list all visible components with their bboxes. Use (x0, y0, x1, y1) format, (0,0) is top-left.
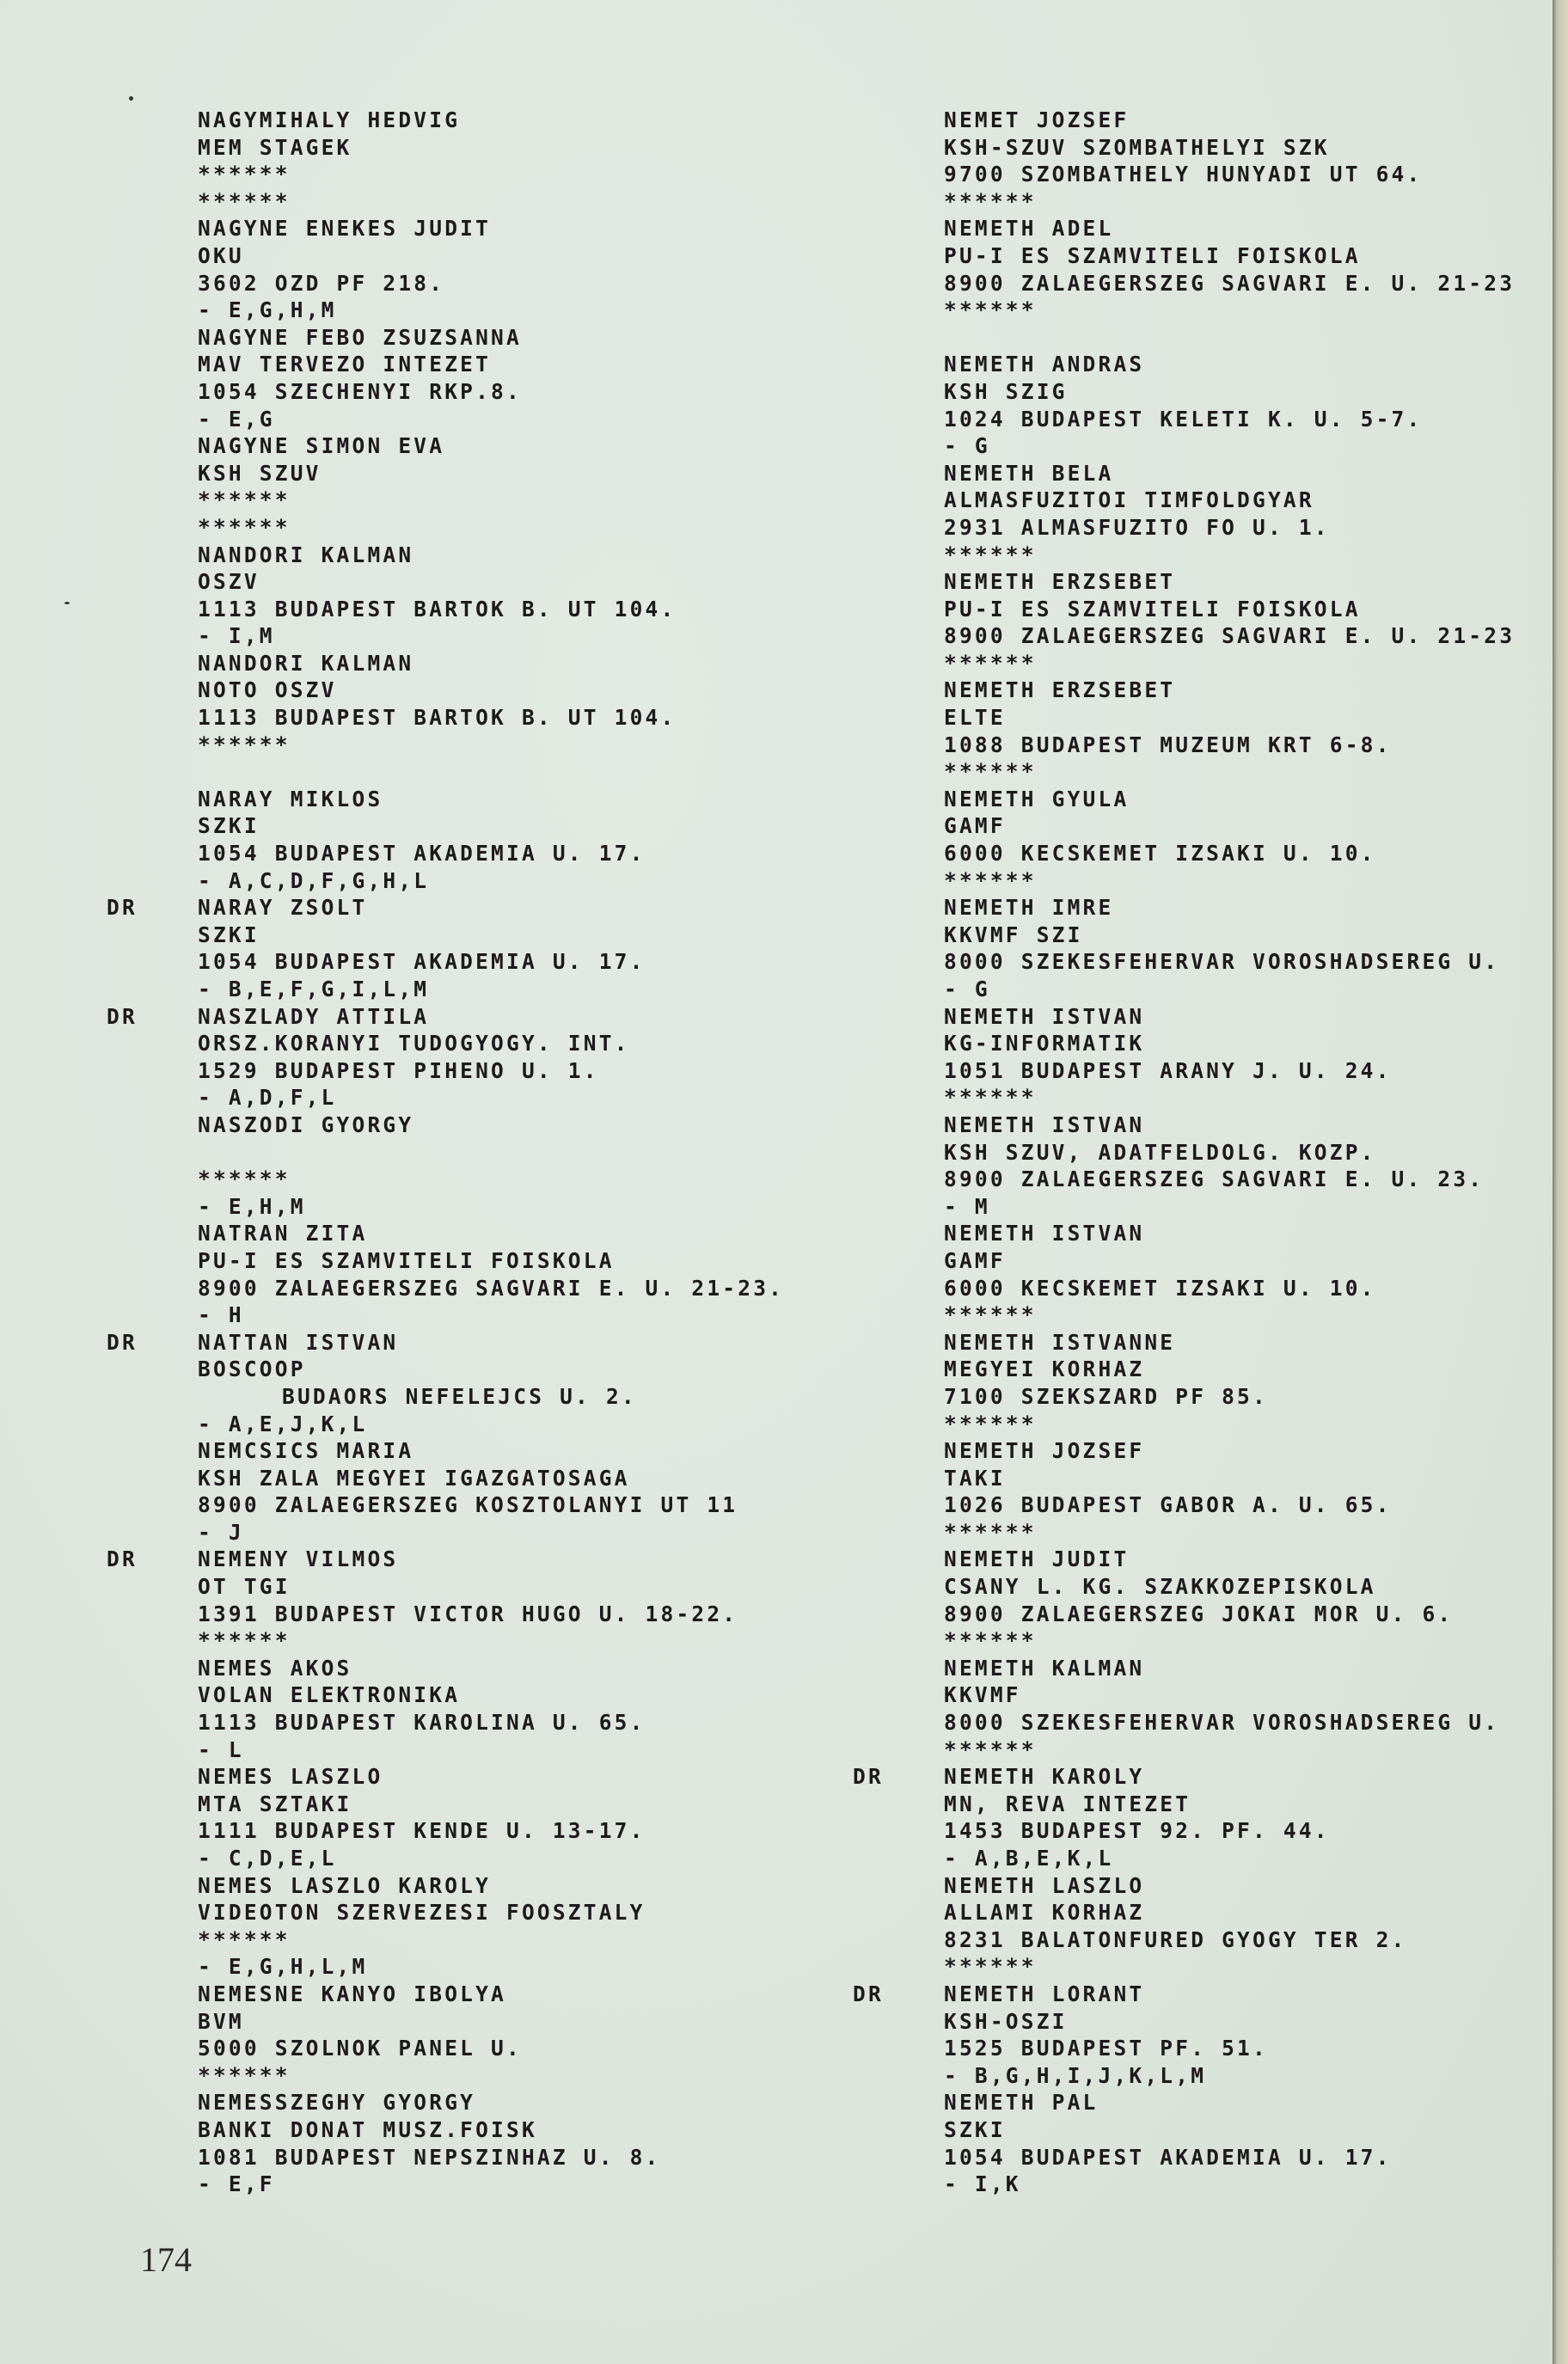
entry-line: KSH-OSZI (944, 2008, 1515, 2036)
line-text: TAKI (944, 1466, 1006, 1491)
line-text: 1054 BUDAPEST AKADEMIA U. 17. (944, 2145, 1392, 2170)
entry-line: NAGYNE SIMON EVA (198, 432, 784, 460)
entry-codes: - E,G,H,M (198, 297, 784, 324)
entry-line: 1024 BUDAPEST KELETI K. U. 5-7. (944, 406, 1515, 433)
entry-line: ALMASFUZITOI TIMFOLDGYAR (944, 487, 1515, 514)
line-text: NEMETH LORANT (944, 1981, 1144, 2006)
entry-separator: ****** (198, 2062, 784, 2090)
line-text: ****** (198, 732, 291, 757)
line-text: NEMESSZEGHY GYORGY (198, 2090, 475, 2115)
entry-separator: ****** (198, 514, 784, 542)
line-text: ****** (198, 487, 291, 512)
line-text: NATTAN ISTVAN (198, 1330, 398, 1355)
entry-codes: - A,B,E,K,L (944, 1845, 1515, 1872)
entry-line: 1088 BUDAPEST MUZEUM KRT 6-8. (944, 732, 1515, 759)
line-text: VIDEOTON SZERVEZESI FOOSZTALY (198, 1900, 646, 1925)
line-text: KKVMF (944, 1682, 1021, 1707)
line-text: ****** (198, 1628, 291, 1653)
entry-line: NEMETH KALMAN (944, 1655, 1515, 1682)
entry-line: ORSZ.KORANYI TUDOGYOGY. INT. (198, 1030, 784, 1057)
entry-line: DRNARAY ZSOLT (198, 894, 784, 922)
entry-line: NEMESNE KANYO IBOLYA (198, 1981, 784, 2008)
line-text: ****** (198, 189, 291, 214)
line-text: 8900 ZALAEGERSZEG KOSZTOLANYI UT 11 (198, 1492, 738, 1517)
entry-line: 9700 SZOMBATHELY HUNYADI UT 64. (944, 161, 1515, 188)
entry-line: 8900 ZALAEGERSZEG SAGVARI E. U. 21-23 (944, 622, 1515, 650)
line-text: 1054 BUDAPEST AKADEMIA U. 17. (198, 841, 646, 866)
entry-line: MTA SZTAKI (198, 1791, 784, 1818)
line-text: ****** (944, 1520, 1037, 1545)
entry-codes: - H (198, 1301, 784, 1329)
line-text: ****** (198, 1167, 291, 1191)
line-text: BUDAORS NEFELEJCS U. 2. (282, 1384, 637, 1409)
line-text: NEMETH ERZSEBET (944, 569, 1175, 594)
line-text: MEM STAGEK (198, 135, 352, 160)
entry-codes: - A,D,F,L (198, 1084, 784, 1112)
line-text: ****** (944, 297, 1037, 322)
entry-line: 8900 ZALAEGERSZEG SAGVARI E. U. 21-23. (198, 1275, 784, 1302)
line-text: NARAY MIKLOS (198, 787, 383, 811)
line-text: NEMETH JUDIT (944, 1546, 1129, 1571)
entry-line: NEMES AKOS (198, 1655, 784, 1682)
line-text: NASZODI GYORGY (198, 1112, 413, 1137)
line-text: KSH SZIG (944, 379, 1068, 404)
line-text: - M (944, 1194, 990, 1219)
line-text: NAGYNE ENEKES JUDIT (198, 216, 491, 241)
entry-line: BVM (198, 2008, 784, 2036)
blank-line (198, 758, 784, 786)
right-column: NEMET JOZSEFKSH-SZUV SZOMBATHELYI SZK970… (944, 107, 1515, 2198)
line-text: ****** (944, 1954, 1037, 1979)
line-text: NARAY ZSOLT (198, 895, 367, 920)
line-text: OSZV (198, 569, 260, 594)
line-text: - J (198, 1520, 244, 1545)
entry-codes: - E,G (198, 406, 784, 433)
line-text: - A,D,F,L (198, 1085, 337, 1110)
entry-line: SZKI (198, 922, 784, 949)
line-text: KG-INFORMATIK (944, 1031, 1144, 1056)
line-text: VOLAN ELEKTRONIKA (198, 1682, 460, 1707)
line-text: ****** (944, 1085, 1037, 1110)
entry-codes: - M (944, 1193, 1515, 1221)
entry-line: 1113 BUDAPEST BARTOK B. UT 104. (198, 704, 784, 732)
line-text: MN, REVA INTEZET (944, 1791, 1191, 1816)
entry-line: MN, REVA INTEZET (944, 1791, 1515, 1818)
line-text: KKVMF SZI (944, 922, 1083, 947)
entry-codes: - G (944, 976, 1515, 1003)
entry-line: NEMETH ISTVAN (944, 1003, 1515, 1031)
entry-line: NEMETH IMRE (944, 894, 1515, 922)
title-prefix: DR (853, 1763, 884, 1791)
line-text: NEMES AKOS (198, 1656, 352, 1681)
entry-line: TAKI (944, 1465, 1515, 1492)
line-text: OKU (198, 243, 244, 268)
entry-line: NATRAN ZITA (198, 1220, 784, 1247)
line-text: NEMESNE KANYO IBOLYA (198, 1981, 506, 2006)
line-text: 6000 KECSKEMET IZSAKI U. 10. (944, 1276, 1376, 1301)
line-text: - B,G,H,I,J,K,L,M (944, 2063, 1206, 2088)
entry-separator: ****** (198, 161, 784, 188)
entry-separator: ****** (944, 1736, 1515, 1764)
entry-line: KSH-SZUV SZOMBATHELYI SZK (944, 134, 1515, 162)
left-column: NAGYMIHALY HEDVIGMEM STAGEK************N… (198, 107, 784, 2198)
entry-line: NEMETH LASZLO (944, 1872, 1515, 1900)
line-text: GAMF (944, 1248, 1006, 1273)
entry-line: NEMESSZEGHY GYORGY (198, 2089, 784, 2116)
entry-line: ELTE (944, 704, 1515, 732)
line-text: - E,G (198, 407, 275, 432)
line-text: NEMETH JOZSEF (944, 1438, 1144, 1463)
line-text: NEMETH ISTVAN (944, 1112, 1144, 1137)
line-text: 1113 BUDAPEST KAROLINA U. 65. (198, 1710, 646, 1735)
entry-line: NOTO OSZV (198, 677, 784, 704)
entry-line: DRNEMETH KAROLY (944, 1763, 1515, 1791)
entry-line: OT TGI (198, 1573, 784, 1601)
line-text: NEMETH PAL (944, 2090, 1099, 2115)
entry-codes: - B,E,F,G,I,L,M (198, 976, 784, 1003)
line-text: 6000 KECSKEMET IZSAKI U. 10. (944, 841, 1376, 866)
line-text: ORSZ.KORANYI TUDOGYOGY. INT. (198, 1031, 630, 1056)
entry-separator: ****** (198, 732, 784, 759)
entry-line: 1054 BUDAPEST AKADEMIA U. 17. (198, 948, 784, 976)
line-text: NEMETH LASZLO (944, 1873, 1144, 1898)
entry-line: KSH SZUV, ADATFELDOLG. KOZP. (944, 1139, 1515, 1167)
entry-codes: - A,C,D,F,G,H,L (198, 867, 784, 895)
line-text: NEMETH GYULA (944, 787, 1129, 811)
entry-separator: ****** (198, 1926, 784, 1954)
entry-codes: - G (944, 432, 1515, 460)
line-text: NEMET JOZSEF (944, 107, 1129, 132)
line-text: MEGYEI KORHAZ (944, 1357, 1144, 1381)
entry-line: SZKI (198, 812, 784, 840)
entry-line: ALLAMI KORHAZ (944, 1899, 1515, 1926)
line-text: ELTE (944, 705, 1006, 730)
line-text: - E,F (198, 2171, 275, 2196)
entry-line: MEGYEI KORHAZ (944, 1356, 1515, 1383)
entry-line: NEMETH JUDIT (944, 1546, 1515, 1573)
entry-line: NEMETH ANDRAS (944, 351, 1515, 378)
entry-separator: ****** (944, 1627, 1515, 1655)
entry-line: 1391 BUDAPEST VICTOR HUGO U. 18-22. (198, 1601, 784, 1628)
line-text: BOSCOOP (198, 1357, 306, 1381)
entry-line: BOSCOOP (198, 1356, 784, 1383)
entry-line: BUDAORS NEFELEJCS U. 2. (198, 1383, 784, 1411)
line-text: - H (198, 1302, 244, 1327)
entry-line: NEMETH ERZSEBET (944, 677, 1515, 704)
line-text: 3602 OZD PF 218. (198, 271, 444, 296)
entry-line: 8000 SZEKESFEHERVAR VOROSHADSEREG U. (944, 1709, 1515, 1736)
line-text: - I,K (944, 2171, 1021, 2196)
entry-line: 8900 ZALAEGERSZEG JOKAI MOR U. 6. (944, 1601, 1515, 1628)
line-text: 1113 BUDAPEST BARTOK B. UT 104. (198, 597, 676, 622)
line-text: ****** (944, 1412, 1037, 1436)
entry-line: 5000 SZOLNOK PANEL U. (198, 2035, 784, 2062)
line-text: PU-I ES SZAMVITELI FOISKOLA (198, 1248, 615, 1273)
entry-line: MEM STAGEK (198, 134, 784, 162)
entry-line: 6000 KECSKEMET IZSAKI U. 10. (944, 840, 1515, 867)
entry-separator: ****** (198, 1627, 784, 1655)
line-text: NASZLADY ATTILA (198, 1004, 429, 1029)
line-text: 8231 BALATONFURED GYOGY TER 2. (944, 1927, 1407, 1952)
line-text: 1525 BUDAPEST PF. 51. (944, 2036, 1268, 2061)
entry-line: 8231 BALATONFURED GYOGY TER 2. (944, 1926, 1515, 1954)
entry-line: 1113 BUDAPEST KAROLINA U. 65. (198, 1709, 784, 1736)
entry-line: NEMETH ADEL (944, 215, 1515, 242)
entry-line: NEMES LASZLO KAROLY (198, 1872, 784, 1900)
entry-line: OSZV (198, 568, 784, 596)
line-text: BVM (198, 2009, 244, 2034)
entry-line: 1111 BUDAPEST KENDE U. 13-17. (198, 1817, 784, 1845)
line-text: MAV TERVEZO INTEZET (198, 352, 491, 377)
line-text: BANKI DONAT MUSZ.FOISK (198, 2117, 537, 2142)
line-text: ****** (944, 868, 1037, 893)
line-text: NATRAN ZITA (198, 1221, 367, 1246)
line-text: SZKI (198, 813, 260, 838)
entry-line: NAGYNE ENEKES JUDIT (198, 215, 784, 242)
line-text: 1024 BUDAPEST KELETI K. U. 5-7. (944, 407, 1422, 432)
line-text: 5000 SZOLNOK PANEL U. (198, 2036, 522, 2061)
entry-codes: - J (198, 1519, 784, 1546)
entry-separator: ****** (944, 1411, 1515, 1438)
line-text: NEMENY VILMOS (198, 1546, 398, 1571)
line-text: ****** (198, 162, 291, 187)
entry-line: 1453 BUDAPEST 92. PF. 44. (944, 1817, 1515, 1845)
line-text: NEMETH KALMAN (944, 1656, 1144, 1681)
line-text: - G (944, 433, 990, 458)
line-text: ALLAMI KORHAZ (944, 1900, 1144, 1925)
entry-line: 1054 BUDAPEST AKADEMIA U. 17. (944, 2144, 1515, 2171)
entry-separator: ****** (198, 487, 784, 514)
line-text: NEMETH ISTVAN (944, 1221, 1144, 1246)
entry-line: DRNATTAN ISTVAN (198, 1329, 784, 1357)
binding-edge (1553, 0, 1568, 2364)
entry-line: KKVMF (944, 1681, 1515, 1709)
blank-line (198, 1139, 784, 1167)
line-text: 1081 BUDAPEST NEPSZINHAZ U. 8. (198, 2145, 661, 2170)
line-text: KSH SZUV (198, 461, 322, 486)
entry-line: NEMETH GYULA (944, 786, 1515, 813)
entry-separator: ****** (944, 188, 1515, 216)
line-text: KSH SZUV, ADATFELDOLG. KOZP. (944, 1140, 1376, 1165)
entry-codes: - E,F (198, 2171, 784, 2198)
line-text: NEMETH BELA (944, 461, 1113, 486)
entry-line: NEMETH BELA (944, 460, 1515, 487)
entry-codes: - C,D,E,L (198, 1845, 784, 1872)
entry-line: 8000 SZEKESFEHERVAR VOROSHADSEREG U. (944, 948, 1515, 976)
line-text: ****** (944, 189, 1037, 214)
line-text: 1391 BUDAPEST VICTOR HUGO U. 18-22. (198, 1602, 738, 1626)
title-prefix: DR (107, 894, 138, 922)
entry-codes: - E,G,H,L,M (198, 1953, 784, 1981)
line-text: - E,H,M (198, 1194, 306, 1219)
entry-line: 1525 BUDAPEST PF. 51. (944, 2035, 1515, 2062)
title-prefix: DR (107, 1003, 138, 1031)
entry-line: NANDORI KALMAN (198, 650, 784, 677)
line-text: PU-I ES SZAMVITELI FOISKOLA (944, 243, 1361, 268)
line-text: ****** (944, 1628, 1037, 1653)
entry-line: DRNEMETH LORANT (944, 1981, 1515, 2008)
entry-line: OKU (198, 242, 784, 270)
entry-line: KSH SZUV (198, 460, 784, 487)
entry-line: NEMETH PAL (944, 2089, 1515, 2116)
line-text: - E,G,H,L,M (198, 1954, 367, 1979)
entry-line: MAV TERVEZO INTEZET (198, 351, 784, 378)
entry-line: NEMETH JOZSEF (944, 1437, 1515, 1465)
line-text: NAGYMIHALY HEDVIG (198, 107, 460, 132)
entry-line: 1026 BUDAPEST GABOR A. U. 65. (944, 1491, 1515, 1519)
line-text: 1026 BUDAPEST GABOR A. U. 65. (944, 1492, 1392, 1517)
line-text: - E,G,H,M (198, 297, 337, 322)
line-text: MTA SZTAKI (198, 1791, 352, 1816)
entry-codes: - I,K (944, 2171, 1515, 2198)
line-text: NEMETH ANDRAS (944, 352, 1144, 377)
entry-line: NEMES LASZLO (198, 1763, 784, 1791)
entry-line: NASZODI GYORGY (198, 1112, 784, 1139)
title-prefix: DR (107, 1546, 138, 1573)
line-text: - G (944, 977, 990, 1001)
entry-line: 1081 BUDAPEST NEPSZINHAZ U. 8. (198, 2144, 784, 2171)
entry-line: NEMETH ISTVAN (944, 1220, 1515, 1247)
title-prefix: DR (107, 1329, 138, 1357)
line-text: ****** (944, 1737, 1037, 1762)
entry-line: PU-I ES SZAMVITELI FOISKOLA (944, 242, 1515, 270)
entry-line: 2931 ALMASFUZITO FO U. 1. (944, 514, 1515, 542)
line-text: 1051 BUDAPEST ARANY J. U. 24. (944, 1058, 1392, 1083)
line-text: NEMES LASZLO KAROLY (198, 1873, 491, 1898)
entry-line: BANKI DONAT MUSZ.FOISK (198, 2116, 784, 2144)
line-text: 2931 ALMASFUZITO FO U. 1. (944, 515, 1330, 540)
entry-line: CSANY L. KG. SZAKKOZEPISKOLA (944, 1573, 1515, 1601)
line-text: NEMETH ERZSEBET (944, 677, 1175, 702)
line-text: 8000 SZEKESFEHERVAR VOROSHADSEREG U. (944, 949, 1499, 974)
entry-line: KSH ZALA MEGYEI IGAZGATOSAGA (198, 1465, 784, 1492)
line-text: 1113 BUDAPEST BARTOK B. UT 104. (198, 705, 676, 730)
line-text: ****** (944, 651, 1037, 676)
entry-separator: ****** (944, 650, 1515, 677)
line-text: NANDORI KALMAN (198, 542, 413, 567)
entry-line: 8900 ZALAEGERSZEG SAGVARI E. U. 21-23 (944, 270, 1515, 297)
line-text: NEMETH ADEL (944, 216, 1113, 241)
entry-separator: ****** (944, 1301, 1515, 1329)
line-text: OT TGI (198, 1574, 291, 1599)
line-text: 1088 BUDAPEST MUZEUM KRT 6-8. (944, 732, 1392, 757)
entry-line: NARAY MIKLOS (198, 786, 784, 813)
entry-line: GAMF (944, 1247, 1515, 1275)
entry-separator: ****** (944, 542, 1515, 569)
line-text: ALMASFUZITOI TIMFOLDGYAR (944, 487, 1314, 512)
entry-separator: ****** (944, 297, 1515, 324)
entry-line: NEMET JOZSEF (944, 107, 1515, 134)
speck (64, 602, 70, 604)
entry-line: DRNASZLADY ATTILA (198, 1003, 784, 1031)
line-text: - A,E,J,K,L (198, 1412, 367, 1436)
entry-line: NEMETH ISTVAN (944, 1112, 1515, 1139)
directory-page: NAGYMIHALY HEDVIGMEM STAGEK************N… (0, 0, 1554, 2364)
entry-line: NAGYNE FEBO ZSUZSANNA (198, 324, 784, 352)
line-text: 8000 SZEKESFEHERVAR VOROSHADSEREG U. (944, 1710, 1499, 1735)
line-text: KSH ZALA MEGYEI IGAZGATOSAGA (198, 1466, 630, 1491)
entry-codes: - A,E,J,K,L (198, 1411, 784, 1438)
entry-separator: ****** (198, 188, 784, 216)
line-text: 8900 ZALAEGERSZEG SAGVARI E. U. 21-23. (198, 1276, 784, 1301)
line-text: ****** (944, 1302, 1037, 1327)
line-text: ****** (198, 1927, 291, 1952)
line-text: - B,E,F,G,I,L,M (198, 977, 429, 1001)
line-text: - L (198, 1737, 244, 1762)
line-text: 1453 BUDAPEST 92. PF. 44. (944, 1818, 1330, 1843)
line-text: 7100 SZEKSZARD PF 85. (944, 1384, 1268, 1409)
entry-line: 1054 BUDAPEST AKADEMIA U. 17. (198, 840, 784, 867)
line-text: 1529 BUDAPEST PIHENO U. 1. (198, 1058, 599, 1083)
line-text: - A,C,D,F,G,H,L (198, 868, 429, 893)
entry-separator: ****** (944, 1953, 1515, 1981)
line-text: 1111 BUDAPEST KENDE U. 13-17. (198, 1818, 646, 1843)
line-text: ****** (944, 542, 1037, 567)
line-text: NEMES LASZLO (198, 1764, 383, 1789)
entry-line: KG-INFORMATIK (944, 1030, 1515, 1057)
entry-line: DRNEMENY VILMOS (198, 1546, 784, 1573)
entry-line: 3602 OZD PF 218. (198, 270, 784, 297)
entry-line: 8900 ZALAEGERSZEG SAGVARI E. U. 23. (944, 1166, 1515, 1193)
line-text: 8900 ZALAEGERSZEG SAGVARI E. U. 23. (944, 1167, 1484, 1191)
entry-line: VOLAN ELEKTRONIKA (198, 1681, 784, 1709)
line-text: NOTO OSZV (198, 677, 337, 702)
line-text: NAGYNE SIMON EVA (198, 433, 444, 458)
entry-line: 8900 ZALAEGERSZEG KOSZTOLANYI UT 11 (198, 1491, 784, 1519)
entry-line: KKVMF SZI (944, 922, 1515, 949)
line-text: NEMCSICS MARIA (198, 1438, 413, 1463)
entry-line: 1054 SZECHENYI RKP.8. (198, 378, 784, 406)
line-text: 8900 ZALAEGERSZEG SAGVARI E. U. 21-23 (944, 271, 1515, 296)
line-text: SZKI (944, 2117, 1006, 2142)
page-number: 174 (140, 2239, 192, 2280)
line-text: 9700 SZOMBATHELY HUNYADI UT 64. (944, 162, 1422, 187)
line-text: NEMETH IMRE (944, 895, 1113, 920)
entry-line: PU-I ES SZAMVITELI FOISKOLA (198, 1247, 784, 1275)
line-text: 1054 SZECHENYI RKP.8. (198, 379, 522, 404)
entry-line: 1529 BUDAPEST PIHENO U. 1. (198, 1057, 784, 1085)
entry-line: 6000 KECSKEMET IZSAKI U. 10. (944, 1275, 1515, 1302)
entry-separator: ****** (944, 867, 1515, 895)
line-text: NEMETH ISTVAN (944, 1004, 1144, 1029)
speck (129, 96, 133, 101)
entry-line: NEMCSICS MARIA (198, 1437, 784, 1465)
line-text: 8900 ZALAEGERSZEG JOKAI MOR U. 6. (944, 1602, 1453, 1626)
line-text: - I,M (198, 623, 275, 648)
line-text: 1054 BUDAPEST AKADEMIA U. 17. (198, 949, 646, 974)
line-text: NEMETH ISTVANNE (944, 1330, 1175, 1355)
entry-separator: ****** (198, 1166, 784, 1193)
title-prefix: DR (853, 1981, 884, 2008)
line-text: PU-I ES SZAMVITELI FOISKOLA (944, 597, 1361, 622)
line-text: ****** (944, 759, 1037, 784)
entry-codes: - L (198, 1736, 784, 1764)
line-text: NEMETH KAROLY (944, 1764, 1144, 1789)
entry-codes: - E,H,M (198, 1193, 784, 1221)
entry-codes: - B,G,H,I,J,K,L,M (944, 2062, 1515, 2090)
entry-line: 7100 SZEKSZARD PF 85. (944, 1383, 1515, 1411)
entry-line: 1051 BUDAPEST ARANY J. U. 24. (944, 1057, 1515, 1085)
entry-line: GAMF (944, 812, 1515, 840)
blank-line (944, 324, 1515, 352)
line-text: ****** (198, 2063, 291, 2088)
line-text: SZKI (198, 922, 260, 947)
entry-line: NAGYMIHALY HEDVIG (198, 107, 784, 134)
entry-line: NEMETH ERZSEBET (944, 568, 1515, 596)
line-text: NAGYNE FEBO ZSUZSANNA (198, 325, 522, 350)
entry-line: VIDEOTON SZERVEZESI FOOSZTALY (198, 1899, 784, 1926)
entry-separator: ****** (944, 1519, 1515, 1546)
